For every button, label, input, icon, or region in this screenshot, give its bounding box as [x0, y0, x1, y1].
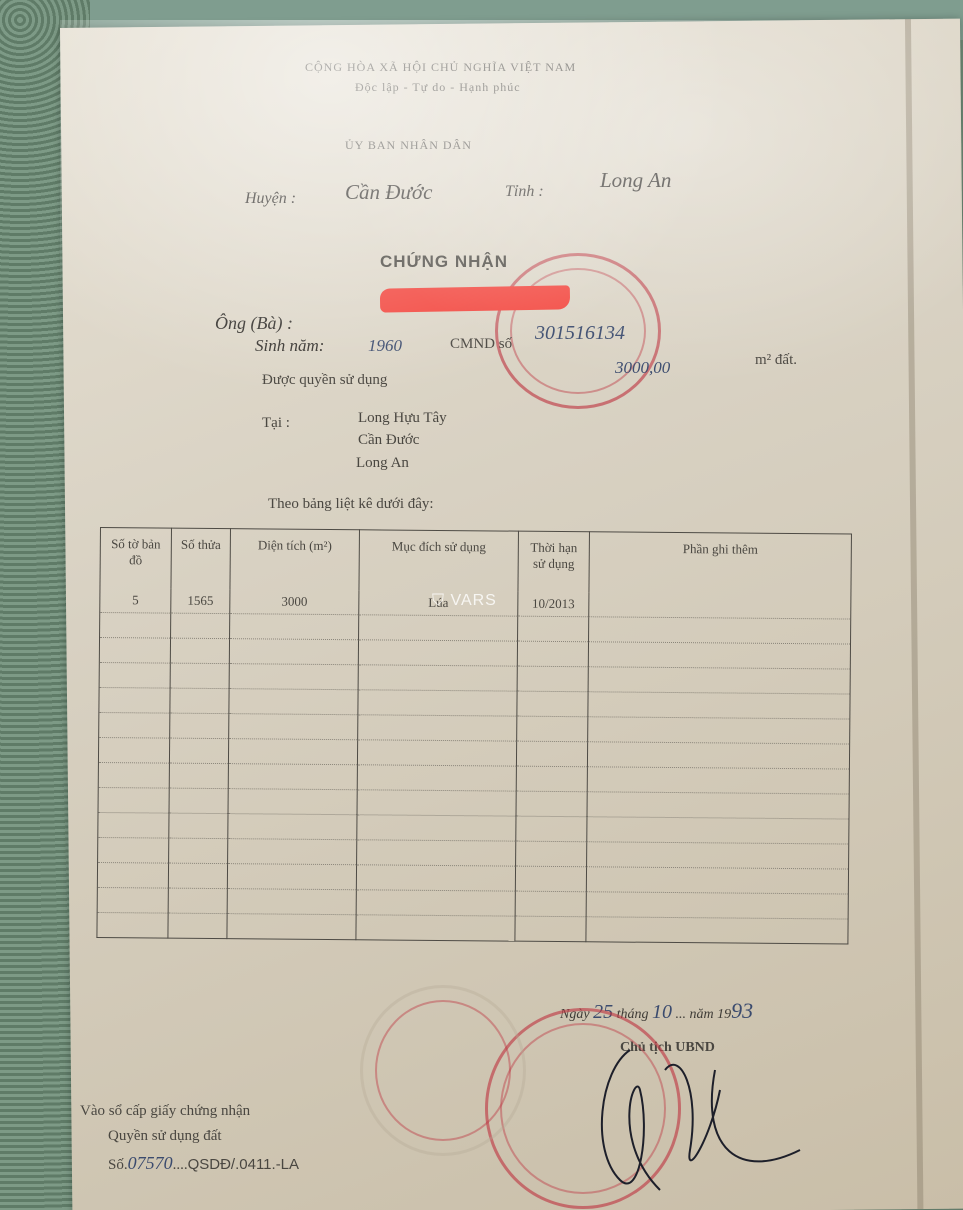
table-header-row: Số tờ bản đồ Số thửa Diện tích (m²) Mục … [100, 528, 851, 595]
col-header-notes: Phần ghi thêm [589, 532, 852, 595]
cell-map-sheet: 5 [100, 588, 171, 613]
header-line-1: CỘNG HÒA XÃ HỘI CHỦ NGHĨA VIỆT NAM [305, 60, 576, 75]
redaction-mark [380, 285, 570, 312]
location-label: Tại : [262, 415, 290, 432]
col-header-duration: Thời hạn sử dụng [518, 531, 590, 592]
registry-number: 07570 [128, 1153, 173, 1173]
registry-number-label: Số [108, 1157, 124, 1173]
col-header-parcel-no: Số thửa [171, 528, 231, 589]
registry-suffix: QSDĐ/.0411.-LA [188, 1156, 299, 1173]
registry-line-1: Vào sổ cấp giấy chứng nhận [80, 1103, 250, 1120]
certificate-title: CHỨNG NHẬN [380, 252, 508, 272]
land-parcel-table: Số tờ bản đồ Số thửa Diện tích (m²) Mục … [96, 527, 852, 945]
chairman-signature [590, 1030, 810, 1200]
holder-label: Ông (Bà) : [215, 313, 293, 334]
watermark-logo: ⛉ VARS [432, 592, 497, 610]
usage-area: 3000,00 [615, 358, 670, 378]
cell-area: 3000 [230, 589, 359, 615]
registry-line-2: Quyền sử dụng đất [108, 1128, 222, 1145]
id-label: CMND số [450, 336, 512, 353]
province-value: Long An [600, 168, 671, 193]
cell-parcel-no: 1565 [171, 589, 230, 614]
birth-year-value: 1960 [368, 336, 402, 356]
embossed-seal [360, 985, 526, 1156]
table-intro: Theo bảng liệt kê dưới đây: [268, 496, 434, 513]
usage-label: Được quyền sử dụng [262, 372, 387, 389]
date-month: 10 [652, 1001, 672, 1023]
col-header-map-sheet: Số tờ bản đồ [100, 528, 172, 589]
shield-icon: ⛉ [432, 592, 450, 609]
header-line-3: ỦY BAN NHÂN DÂN [345, 138, 472, 153]
district-label: Huyện : [245, 190, 296, 208]
cell-duration: 10/2013 [518, 592, 589, 617]
location-line-3: Long An [356, 455, 409, 472]
col-header-purpose: Mục đích sử dụng [359, 530, 519, 592]
id-number: 301516134 [535, 322, 625, 345]
cell-notes [589, 592, 851, 619]
date-year: 93 [731, 998, 753, 1023]
header-line-2: Độc lập - Tự do - Hạnh phúc [355, 80, 521, 95]
page-fold [905, 19, 923, 1209]
registry-number-line: Số.07570....QSDĐ/.0411.-LA [108, 1153, 299, 1174]
location-line-1: Long Hựu Tây [358, 410, 447, 427]
province-label: Tỉnh : [505, 183, 544, 201]
col-header-area: Diện tích (m²) [230, 529, 360, 591]
usage-unit: m² đất. [755, 352, 797, 369]
year-label: năm 19 [689, 1007, 731, 1022]
location-line-2: Cần Đước [358, 432, 419, 449]
birth-year-label: Sinh năm: [255, 336, 324, 356]
district-value: Cần Đước [345, 180, 432, 205]
watermark-text: VARS [450, 592, 496, 609]
